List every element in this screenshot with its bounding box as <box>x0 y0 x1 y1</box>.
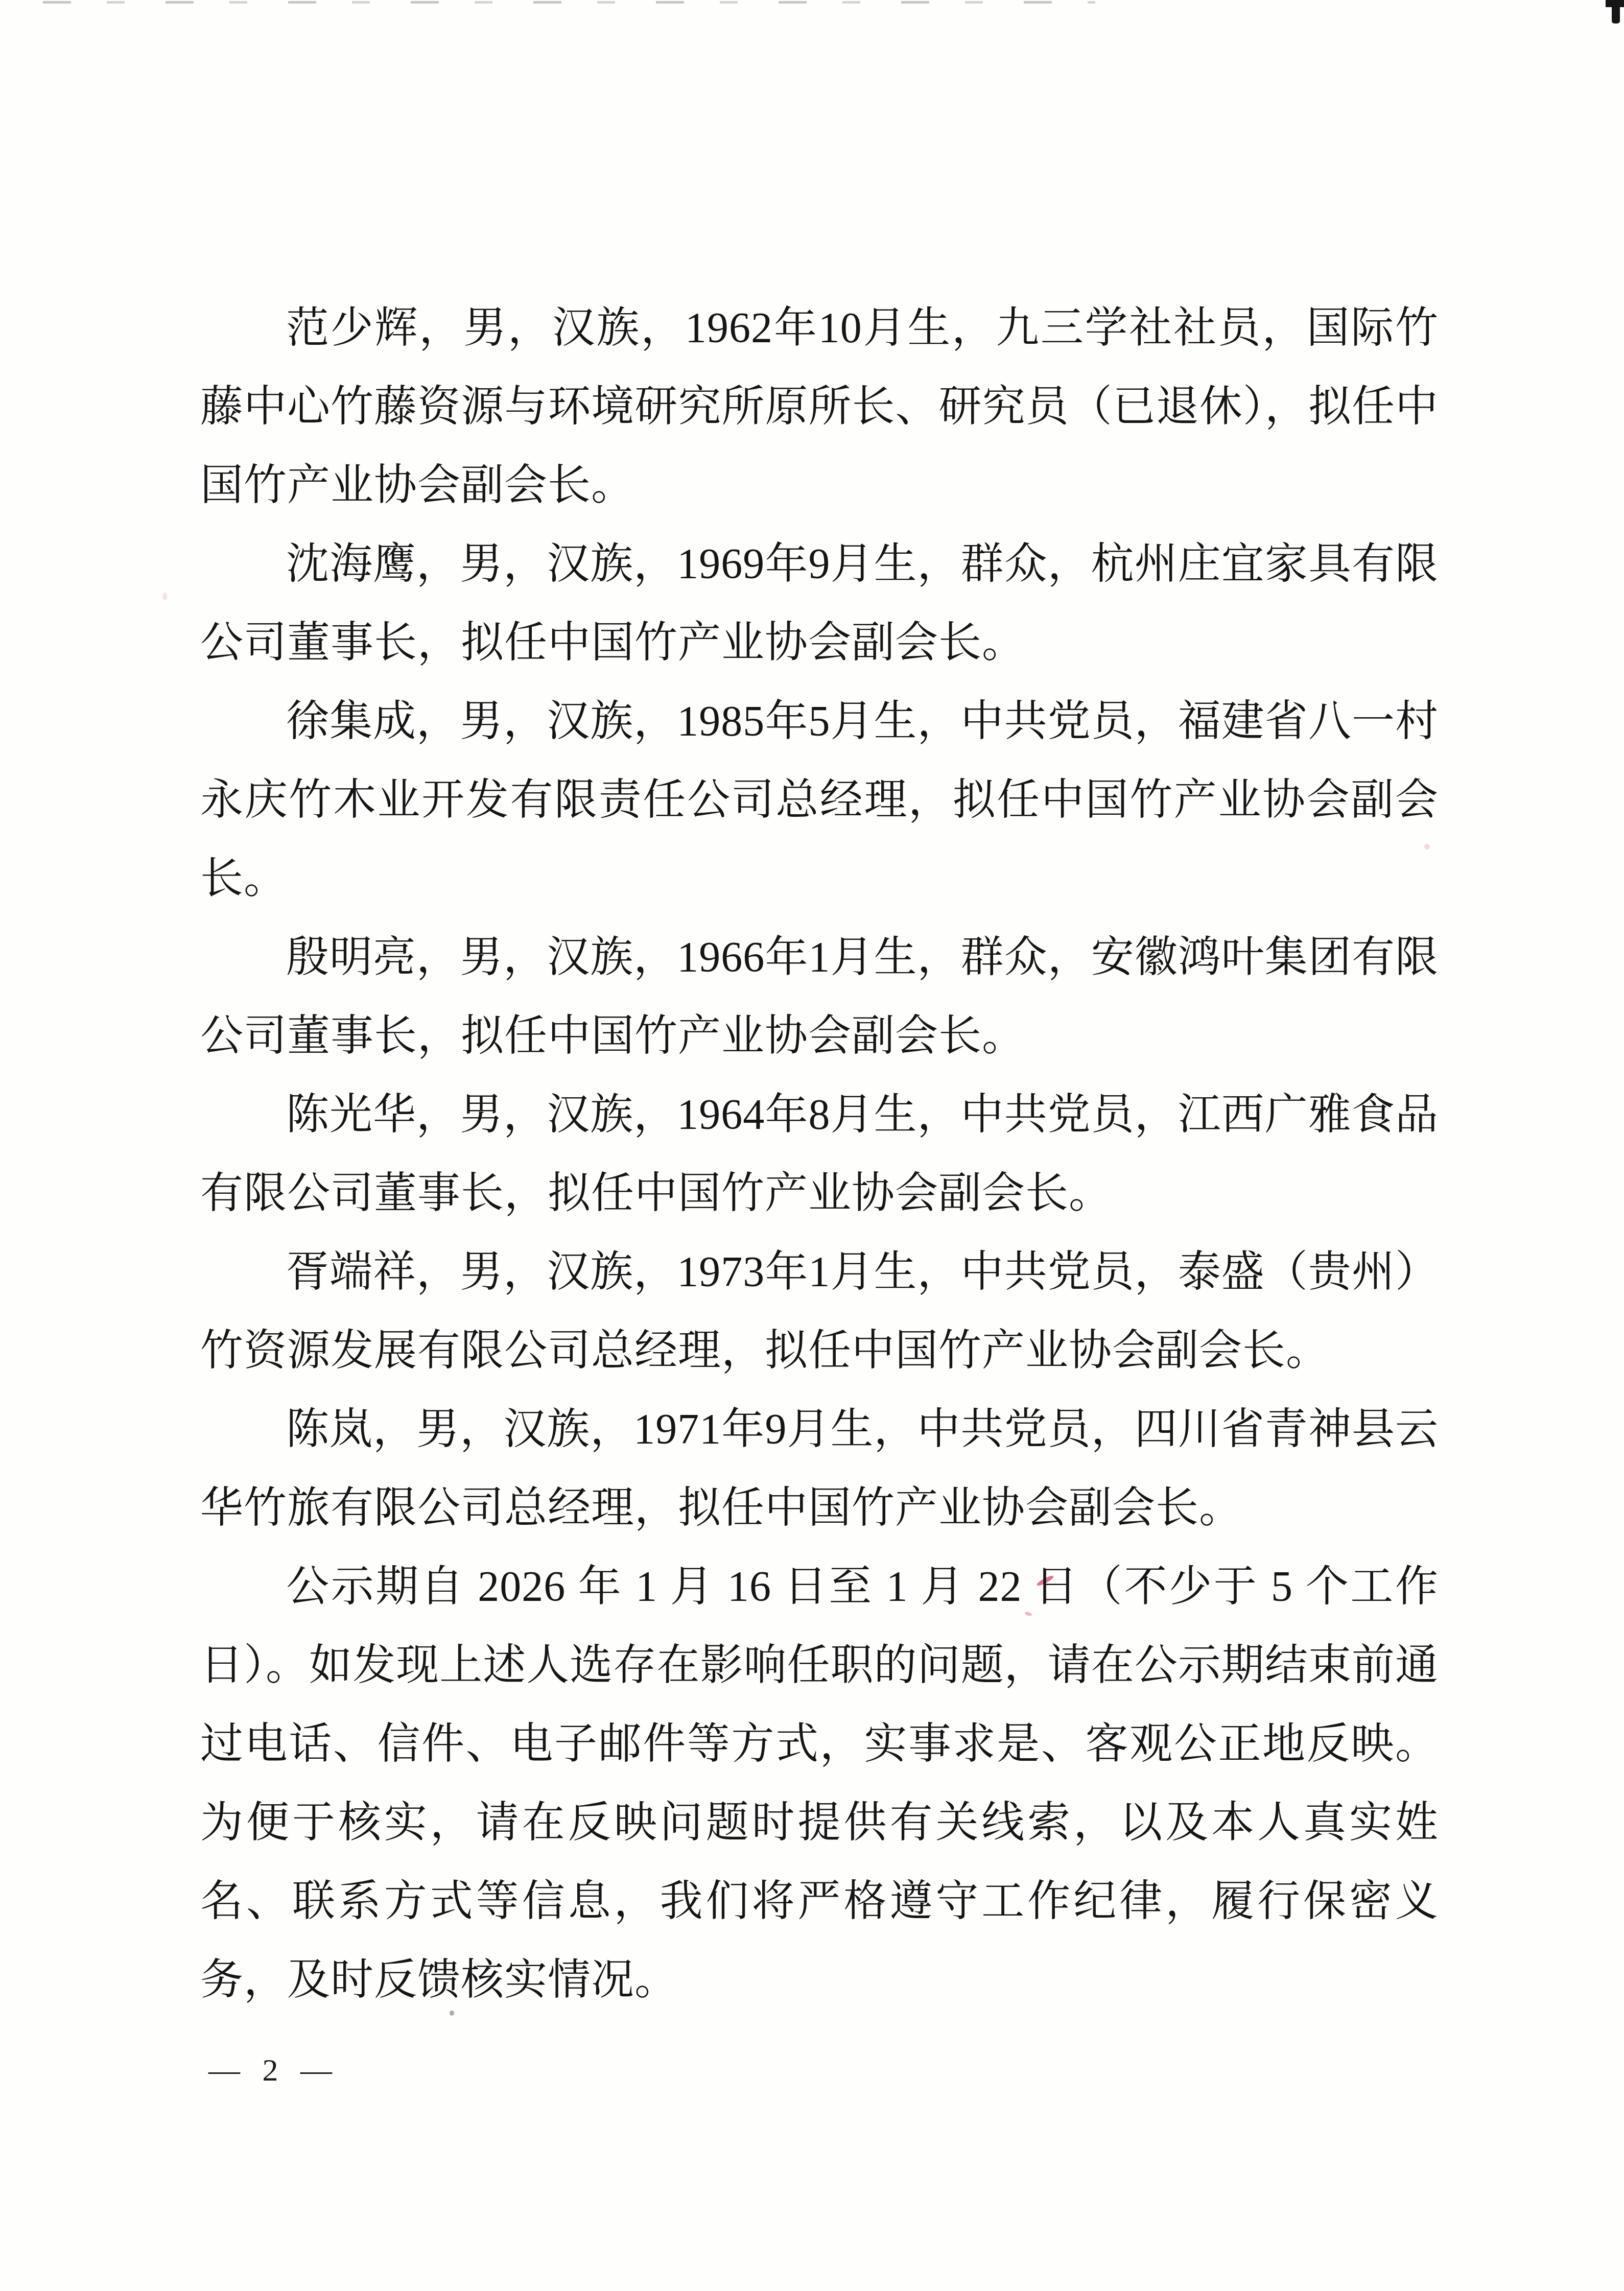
paragraph-nominee-chen-guanghua: 陈光华，男，汉族，1964年8月生，中共党员，江西广雅食品有限公司董事长，拟任中… <box>200 1076 1439 1233</box>
paragraph-notice-period: 公示期自 2026 年 1 月 16 日至 1 月 22 日（不少于 5 个工作… <box>200 1548 1439 2020</box>
paragraph-nominee-shen-haiying: 沈海鹰，男，汉族，1969年9月生，群众，杭州庄宜家具有限公司董事长，拟任中国竹… <box>200 525 1439 682</box>
scan-speck <box>162 593 167 600</box>
paragraph-nominee-yin-mingliang: 殷明亮，男，汉族，1966年1月生，群众，安徽鸿叶集团有限公司董事长，拟任中国竹… <box>200 918 1439 1076</box>
page-number: — 2 — <box>208 2052 339 2089</box>
paragraph-nominee-chen-lan: 陈岚，男，汉族，1971年9月生，中共党员，四川省青神县云华竹旅有限公司总经理，… <box>200 1390 1439 1548</box>
scanned-document-page: 范少辉，男，汉族，1962年10月生，九三学社社员，国际竹藤中心竹藤资源与环境研… <box>0 0 1624 2291</box>
scan-edge-artifact <box>43 1 1095 4</box>
paragraph-nominee-fan-shaohui: 范少辉，男，汉族，1962年10月生，九三学社社员，国际竹藤中心竹藤资源与环境研… <box>200 289 1439 525</box>
paragraph-nominee-xu-jicheng: 徐集成，男，汉族，1985年5月生，中共党员，福建省八一村永庆竹木业开发有限责任… <box>200 682 1439 918</box>
scan-corner-mark-tail <box>1612 6 1620 23</box>
paragraph-nominee-xu-duanxiang: 胥端祥，男，汉族，1973年1月生，中共党员，泰盛（贵州）竹资源发展有限公司总经… <box>200 1233 1439 1390</box>
document-text-block: 范少辉，男，汉族，1962年10月生，九三学社社员，国际竹藤中心竹藤资源与环境研… <box>200 289 1439 2020</box>
